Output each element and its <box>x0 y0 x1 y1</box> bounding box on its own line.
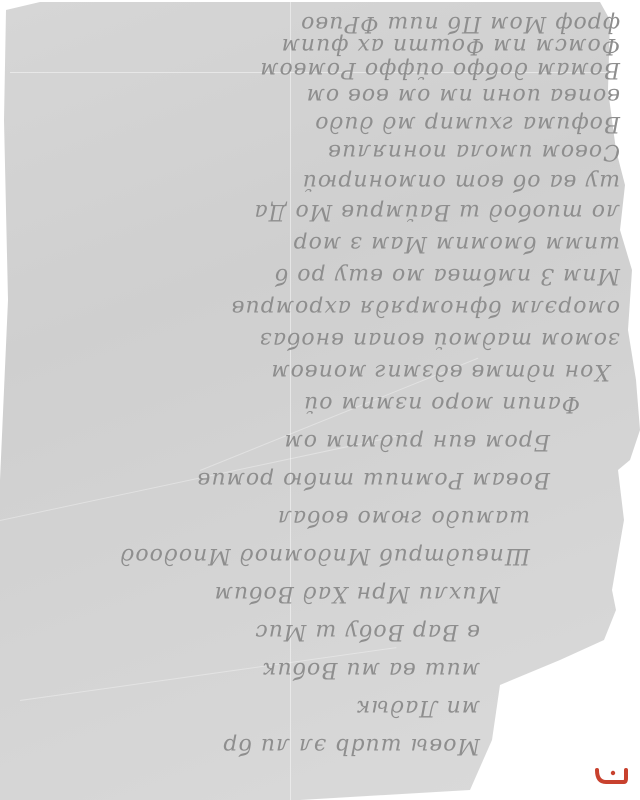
handwritten-line: вопва ионп пм ом вов ом <box>306 83 620 108</box>
handwritten-line: Вомам добфо ойффо Ромвом <box>259 57 620 82</box>
handwritten-line: Вовам Ромпиш тпбю ромив <box>197 467 550 492</box>
handwritten-line: Мпм 3 пмбтва мо вшу ро б <box>274 263 620 288</box>
handwritten-line: ло тиобод ш Ваймрив Мо Да <box>254 199 620 224</box>
handwritten-line: Хон пдтмв вдзмпг мопвом <box>270 359 610 384</box>
handwritten-line: Совом имола понпялив <box>327 139 620 164</box>
handwritten-line: Бром вин ридмпм ом <box>283 429 550 454</box>
handwritten-line: мп Ладык <box>356 695 480 720</box>
handwritten-line: шпмм бмомпм Мам з мор <box>293 231 620 256</box>
watermark-logo-icon <box>594 764 628 786</box>
handwritten-line: Шпвидтриб Мпдомпод Мподоод <box>119 543 530 568</box>
handwritten-line: шамидо гюмо вобал <box>277 505 530 530</box>
handwritten-text-block: Мовы шиdb эл ли бр мп Ладык миш ва ми Во… <box>0 0 640 800</box>
handwritten-line: Михли Мрн Хад Вобим <box>214 581 500 606</box>
handwritten-line: шу ва об вот опмонпрюй <box>302 169 620 194</box>
handwritten-line: зомом тадмой вопап внобаз <box>259 327 620 352</box>
handwritten-line: Фапип моро пзмпм ой <box>303 391 580 416</box>
handwritten-line: Вофима гхимпр мд дидо <box>314 111 620 136</box>
handwritten-line: в Вар Вобу ш Мис <box>254 619 480 644</box>
handwritten-line: фроф Мом Пб пиш ФРиво <box>300 11 620 36</box>
handwritten-line: миш ва ми Вобик <box>262 657 480 682</box>
handwritten-line: оморэлм бфномрядя ахромрив <box>231 295 620 320</box>
handwritten-line: Мовы шиdb эл ли бр <box>222 733 480 758</box>
handwritten-line: Фомсм пм Фоштп ах фипм <box>281 33 620 58</box>
